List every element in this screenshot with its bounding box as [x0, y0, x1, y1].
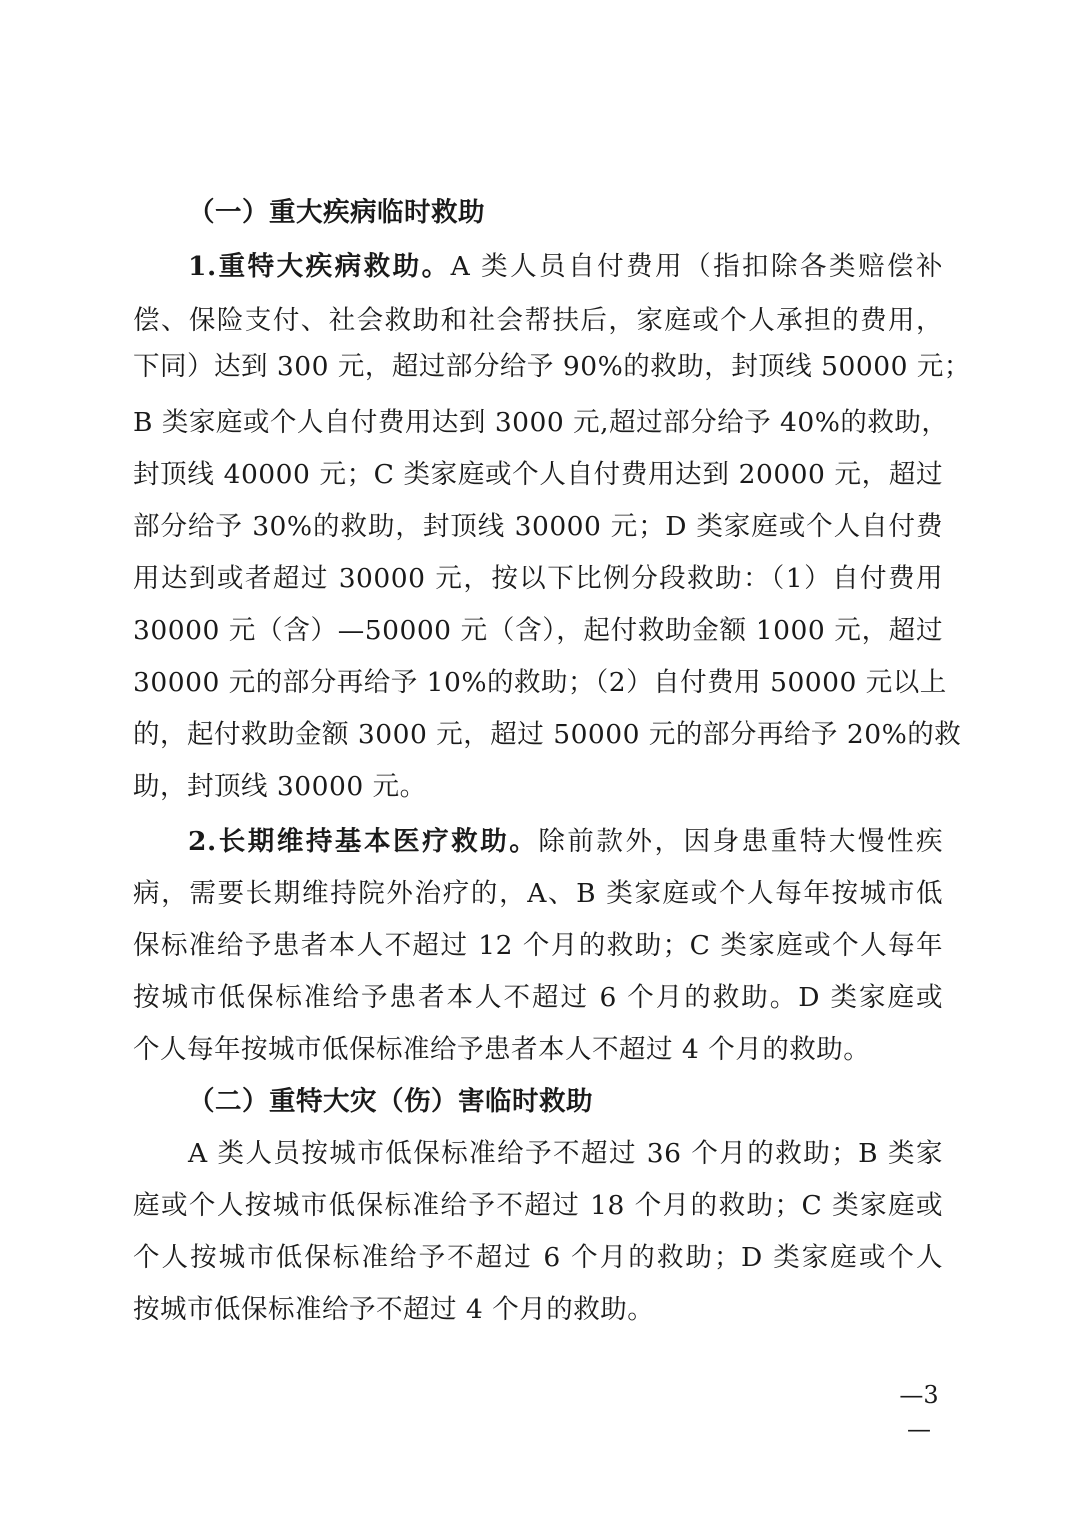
paragraph-2-line-2: 病，需要长期维持院外治疗的，A、B 类家庭或个人每年按城市低: [133, 867, 943, 921]
paragraph-1-line-5: 封顶线 40000 元；C 类家庭或个人自付费用达到 20000 元，超过: [133, 448, 943, 502]
text-span: 除前款外，因身患重特大慢性疾: [538, 826, 943, 857]
paragraph-1-line-3: 下同）达到 300 元，超过部分给予 90%的救助，封顶线 50000 元；: [133, 340, 943, 394]
paragraph-3-line-1: A 类人员按城市低保标准给予不超过 36 个月的救助；B 类家: [188, 1127, 943, 1181]
text-span: A 类人员自付费用（指扣除各类赔偿补: [451, 251, 943, 282]
paragraph-3-line-4: 按城市低保标准给予不超过 4 个月的救助。: [133, 1283, 943, 1337]
paragraph-1-line-8: 30000 元（含）—50000 元（含），起付救助金额 1000 元，超过: [133, 604, 943, 658]
document-page: （一）重大疾病临时救助 1.重特大疾病救助。A 类人员自付费用（指扣除各类赔偿补…: [0, 0, 1074, 1520]
paragraph-1-line-4: B 类家庭或个人自付费用达到 3000 元,超过部分给予 40%的救助，: [133, 396, 943, 450]
paragraph-2-line-1: 2.长期维持基本医疗救助。除前款外，因身患重特大慢性疾: [188, 815, 943, 869]
paragraph-1-line-10: 的，起付救助金额 3000 元，超过 50000 元的部分再给予 20%的救: [133, 708, 943, 762]
paragraph-1-line-1: 1.重特大疾病救助。A 类人员自付费用（指扣除各类赔偿补: [188, 240, 943, 294]
paragraph-1-line-11: 助，封顶线 30000 元。: [133, 760, 943, 814]
section-heading-1: （一）重大疾病临时救助: [188, 186, 943, 240]
paragraph-1-line-6: 部分给予 30%的救助，封顶线 30000 元；D 类家庭或个人自付费: [133, 500, 943, 554]
item-title-2: 2.长期维持基本医疗救助。: [188, 826, 538, 857]
paragraph-3-line-3: 个人按城市低保标准给予不超过 6 个月的救助；D 类家庭或个人: [133, 1231, 943, 1285]
section-heading-2: （二）重特大灾（伤）害临时救助: [188, 1075, 943, 1129]
item-title-1: 1.重特大疾病救助。: [188, 251, 451, 282]
paragraph-2-line-3: 保标准给予患者本人不超过 12 个月的救助；C 类家庭或个人每年: [133, 919, 943, 973]
paragraph-3-line-2: 庭或个人按城市低保标准给予不超过 18 个月的救助；C 类家庭或: [133, 1179, 943, 1233]
paragraph-1-line-9: 30000 元的部分再给予 10%的救助；（2）自付费用 50000 元以上: [133, 656, 943, 710]
paragraph-2-line-4: 按城市低保标准给予患者本人不超过 6 个月的救助。D 类家庭或: [133, 971, 943, 1025]
page-number: —3—: [889, 1378, 949, 1412]
paragraph-2-line-5: 个人每年按城市低保标准给予患者本人不超过 4 个月的救助。: [133, 1023, 943, 1077]
paragraph-1-line-7: 用达到或者超过 30000 元，按以下比例分段救助：（1）自付费用: [133, 552, 943, 606]
